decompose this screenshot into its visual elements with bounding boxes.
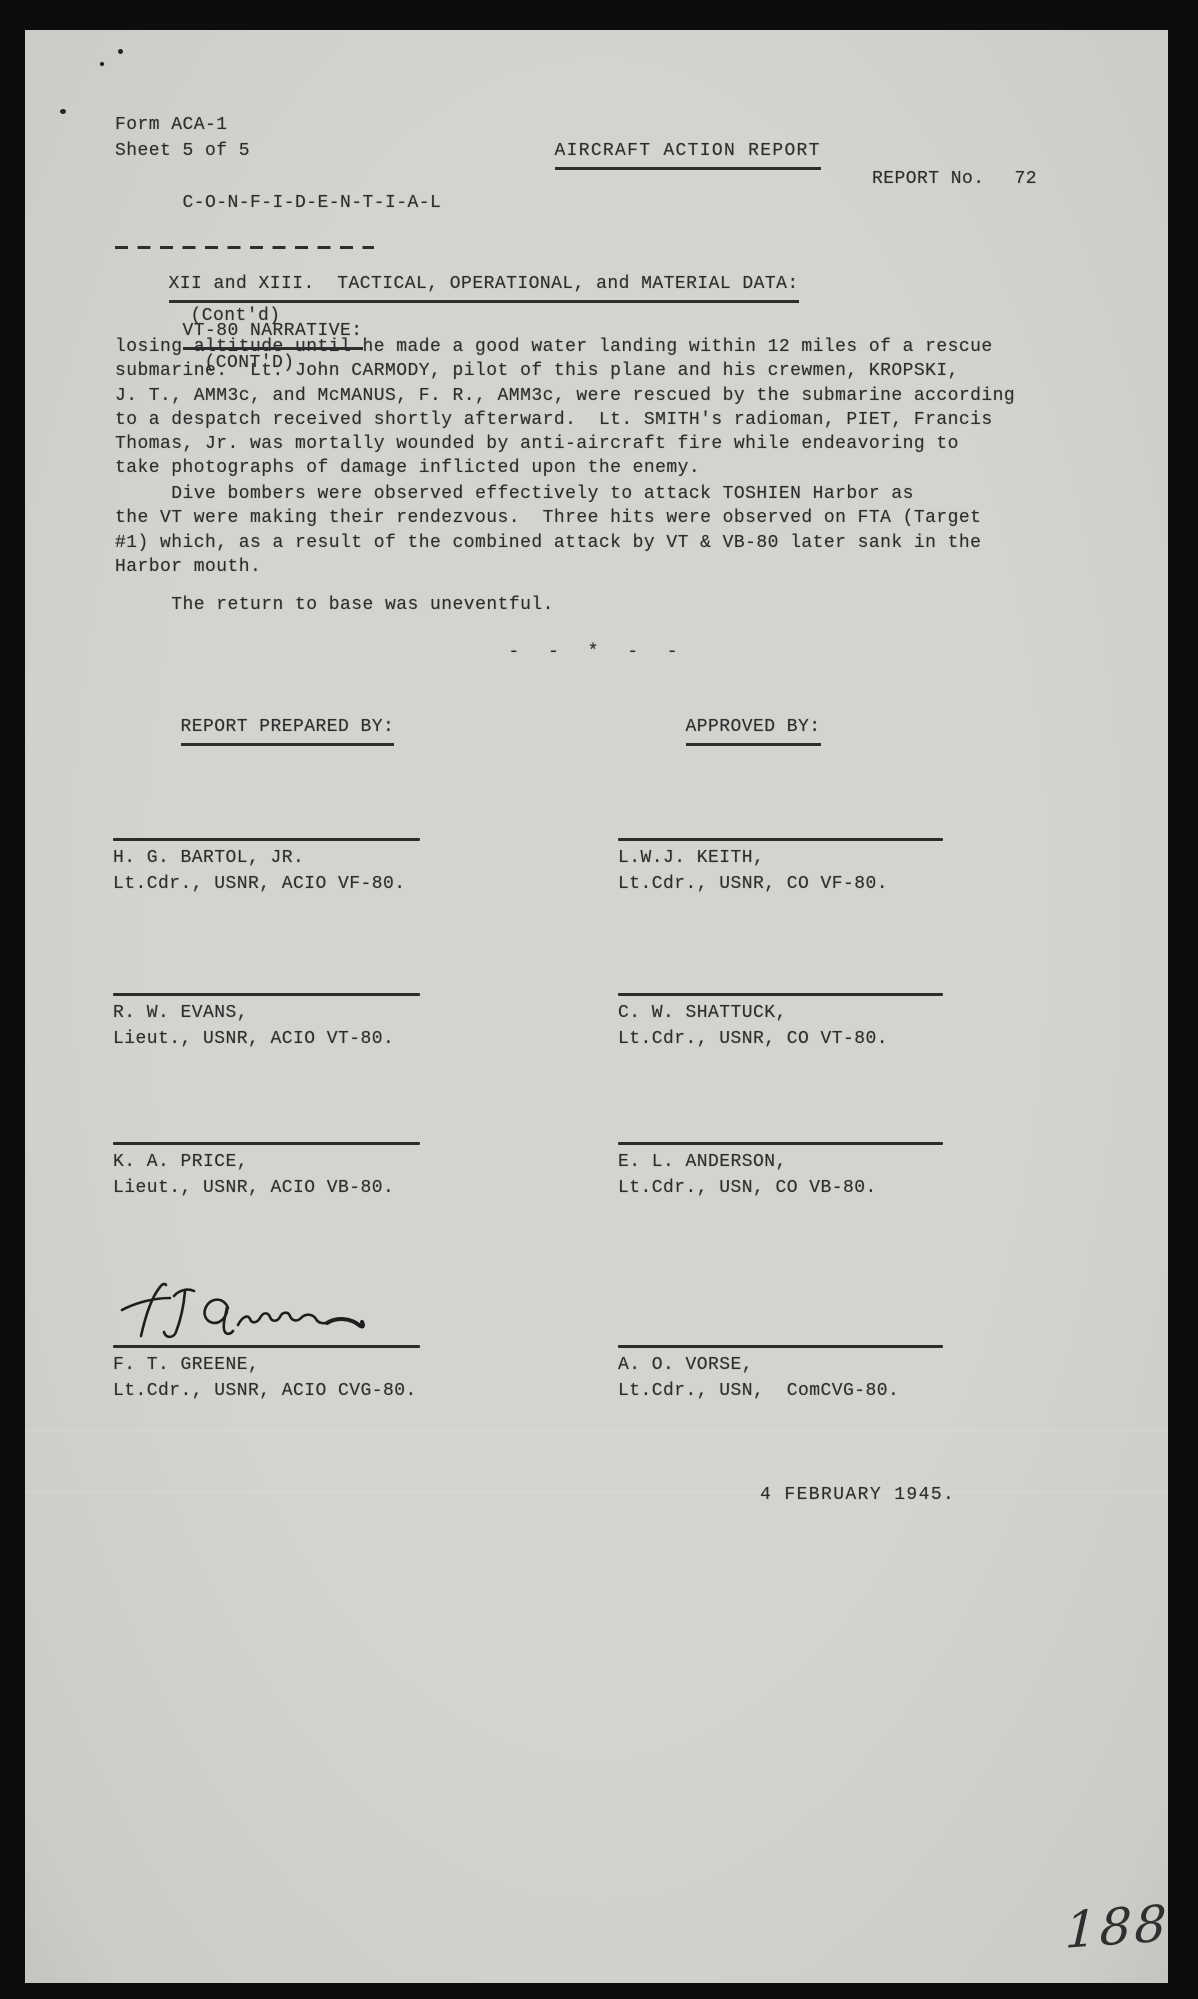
signer-name: H. G. BARTOL, JR. <box>113 845 420 871</box>
classification-text: C-O-N-F-I-D-E-N-T-I-A-L <box>183 193 442 213</box>
signature-block-keith: L.W.J. KEITH, Lt.Cdr., USNR, CO VF-80. <box>618 838 943 897</box>
section-divider: - - * - - <box>25 642 1168 662</box>
narrative-paragraph-3: The return to base was uneventful. <box>115 593 1065 617</box>
signature-line <box>618 993 943 996</box>
signature-block-price: K. A. PRICE, Lieut., USNR, ACIO VB-80. <box>113 1142 420 1201</box>
signer-title: Lt.Cdr., USNR, ACIO CVG-80. <box>113 1378 420 1404</box>
scan-speck <box>118 49 123 54</box>
document-title: AIRCRAFT ACTION REPORT <box>555 138 821 170</box>
form-number: Form ACA-1 <box>115 112 228 138</box>
greene-handwritten-signature <box>107 1276 387 1348</box>
signer-name: L.W.J. KEITH, <box>618 845 943 871</box>
approved-by-heading: APPROVED BY: <box>686 714 821 746</box>
signer-title: Lieut., USNR, ACIO VB-80. <box>113 1175 420 1201</box>
signer-name: A. O. VORSE, <box>618 1352 943 1378</box>
signer-title: Lt.Cdr., USN, ComCVG-80. <box>618 1378 943 1404</box>
signature-block-evans: R. W. EVANS, Lieut., USNR, ACIO VT-80. <box>113 993 420 1052</box>
signer-name: K. A. PRICE, <box>113 1149 420 1175</box>
signature-line <box>113 838 420 841</box>
narrative-paragraph-1: losing altitude until he made a good wat… <box>115 335 1065 481</box>
scan-background: Form ACA-1 Sheet 5 of 5 C-O-N-F-I-D-E-N-… <box>0 0 1198 1999</box>
signature-line <box>113 1345 420 1348</box>
page-number: 188 <box>1064 1894 1170 1960</box>
report-number-block: REPORT No. 72 <box>872 166 1037 192</box>
scan-streak <box>25 1430 1168 1431</box>
signer-title: Lt.Cdr., USN, CO VB-80. <box>618 1175 943 1201</box>
document-title-block: AIRCRAFT ACTION REPORT <box>487 112 821 196</box>
sheet-number: Sheet 5 of 5 <box>115 138 250 164</box>
scan-streak <box>25 1492 1168 1493</box>
report-date: 4 FEBRUARY 1945. <box>760 1482 955 1508</box>
signer-name: F. T. GREENE, <box>113 1352 420 1378</box>
report-no-value: 72 <box>1015 166 1038 192</box>
report-no-label: REPORT No. <box>872 166 985 192</box>
signer-name: E. L. ANDERSON, <box>618 1149 943 1175</box>
signer-name: R. W. EVANS, <box>113 1000 420 1026</box>
signature-line <box>113 993 420 996</box>
scan-speck <box>60 109 66 114</box>
signature-block-shattuck: C. W. SHATTUCK, Lt.Cdr., USNR, CO VT-80. <box>618 993 943 1052</box>
signature-line <box>618 838 943 841</box>
signature-line <box>618 1345 943 1348</box>
signer-title: Lt.Cdr., USNR, CO VF-80. <box>618 871 943 897</box>
signer-title: Lt.Cdr., USNR, CO VT-80. <box>618 1026 943 1052</box>
signature-line <box>618 1142 943 1145</box>
signature-block-vorse: A. O. VORSE, Lt.Cdr., USN, ComCVG-80. <box>618 1345 943 1404</box>
signer-name: C. W. SHATTUCK, <box>618 1000 943 1026</box>
signature-block-greene: F. T. GREENE, Lt.Cdr., USNR, ACIO CVG-80… <box>113 1345 420 1404</box>
signature-block-bartol: H. G. BARTOL, JR. Lt.Cdr., USNR, ACIO VF… <box>113 838 420 897</box>
scan-speck <box>99 61 105 67</box>
prepared-by-heading: REPORT PREPARED BY: <box>181 714 395 746</box>
signer-title: Lt.Cdr., USNR, ACIO VF-80. <box>113 871 420 897</box>
approved-by-heading-block: APPROVED BY: <box>618 688 821 772</box>
narrative-paragraph-2: Dive bombers were observed effectively t… <box>115 482 1065 579</box>
signature-line <box>113 1142 420 1145</box>
signature-block-anderson: E. L. ANDERSON, Lt.Cdr., USN, CO VB-80. <box>618 1142 943 1201</box>
signer-title: Lieut., USNR, ACIO VT-80. <box>113 1026 420 1052</box>
document-page: Form ACA-1 Sheet 5 of 5 C-O-N-F-I-D-E-N-… <box>25 30 1168 1983</box>
prepared-by-heading-block: REPORT PREPARED BY: <box>113 688 394 772</box>
